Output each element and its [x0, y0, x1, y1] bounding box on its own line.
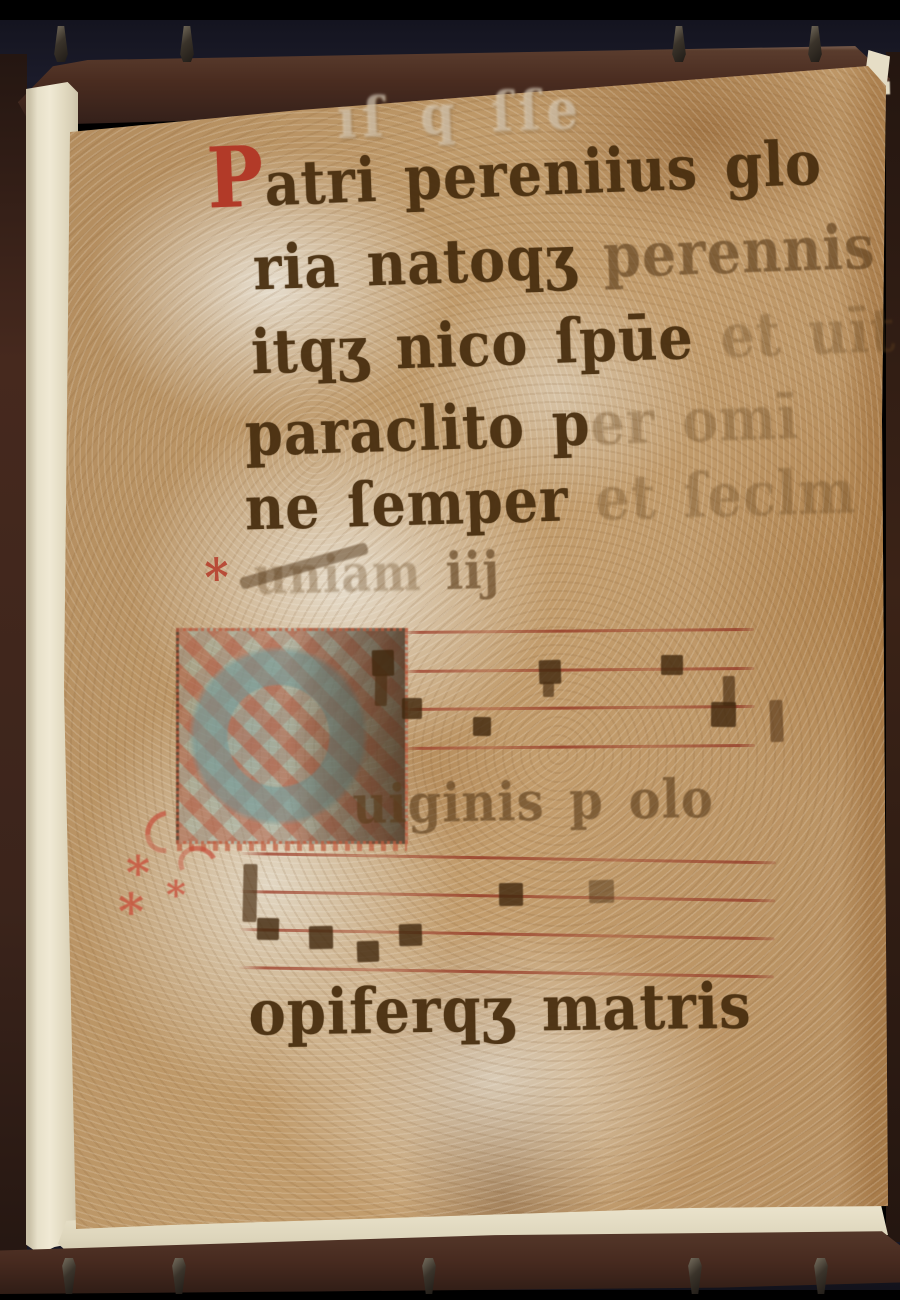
text-segment: er omī — [589, 381, 799, 459]
binding-stud — [60, 1258, 78, 1294]
neume-square — [257, 918, 279, 940]
neume-custos — [769, 700, 783, 742]
flourish-star: * — [118, 882, 144, 941]
neume-square — [399, 924, 423, 947]
neume-stem — [242, 864, 257, 922]
text-segment: perennis — [602, 211, 877, 292]
staff-line — [403, 705, 755, 711]
flourish-star: * — [166, 872, 186, 917]
staff-line — [240, 852, 776, 864]
binding-stud — [52, 26, 70, 62]
staff-line — [238, 966, 774, 978]
staff-1 — [402, 628, 755, 785]
neume-stem — [543, 682, 554, 697]
staff-line — [402, 666, 754, 672]
staff-line — [402, 628, 754, 634]
neume-square — [357, 941, 380, 963]
neume-square — [372, 650, 395, 676]
text-segment: itqʒ nico ſpūe — [250, 300, 722, 388]
binding-stud — [420, 1258, 438, 1294]
text-segment: atri pereniius glo — [263, 127, 823, 220]
text-segment: ne ſemper — [244, 463, 596, 544]
text-line-1: Patri pereniius glo — [206, 122, 823, 216]
neume-stem — [375, 674, 387, 706]
text-segment: ria natoqʒ — [252, 220, 604, 304]
text-segment: paraclito p — [244, 388, 592, 471]
neume-square — [309, 926, 333, 949]
binding-stud — [812, 1258, 830, 1294]
text-segment: P — [205, 127, 266, 228]
manuscript-photo: { "palette":{ "background":"#000000","ba… — [0, 0, 900, 1300]
neume-square — [499, 883, 523, 906]
binding-stud — [806, 26, 824, 62]
text-line-5: ne ſemper et ſeclm — [244, 461, 857, 539]
neume-square — [539, 660, 562, 685]
binding-stud — [670, 26, 688, 62]
text-segment: et ſeclm — [594, 455, 857, 534]
binding-stud — [178, 26, 196, 62]
neume-square — [661, 655, 683, 675]
binding-stud — [170, 1258, 188, 1294]
text-segment: iij — [445, 540, 501, 602]
neume-square — [711, 702, 736, 727]
text-line-2: ria natoqʒ perennis — [252, 216, 876, 298]
neume-square — [589, 880, 614, 904]
text-line-3: itqʒ nico ſpūe et uīt — [250, 299, 897, 382]
binding-stud — [686, 1258, 704, 1294]
text-segment: et uīt — [719, 294, 897, 372]
staff-line — [403, 743, 755, 749]
neume-square — [402, 698, 422, 719]
content-layer: ıſ q ſſePatri pereniius gloria natoqʒ pe… — [0, 0, 900, 1300]
neume-square — [473, 717, 491, 736]
text-line-4: paraclito per omī — [244, 387, 800, 465]
